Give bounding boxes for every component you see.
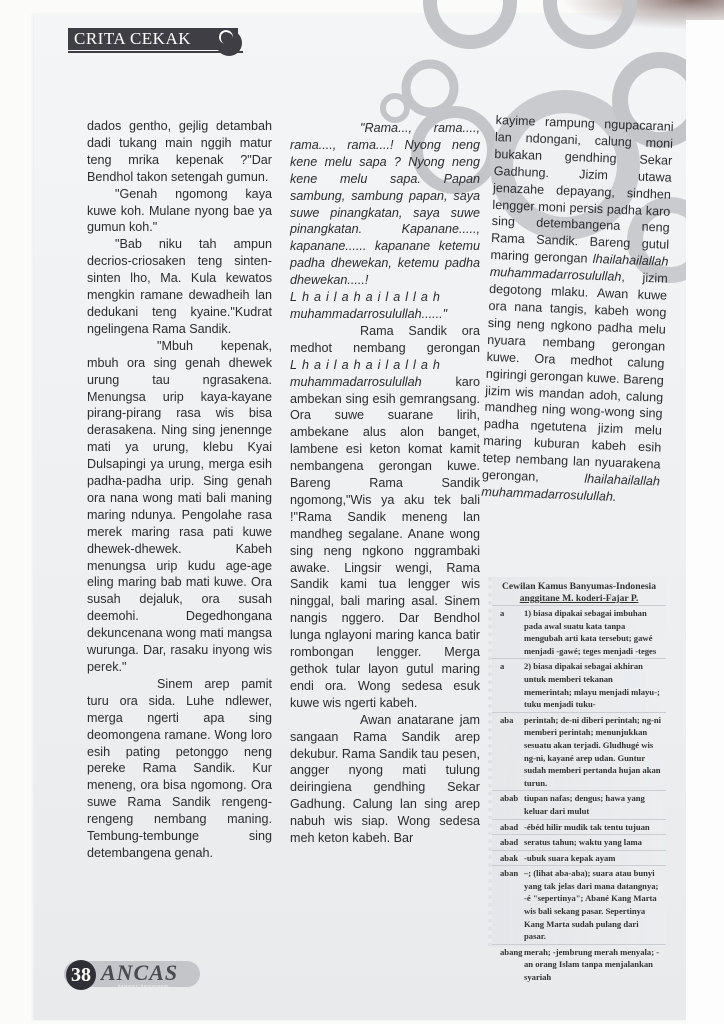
glossary-definition: 2) biasa dipakai sebagai akhiran untuk m… xyxy=(524,660,662,710)
paragraph: Sinem arep pamit turu ora sida. Luhe ndl… xyxy=(87,676,272,862)
glossary-definition: merah; -jembrung merah menyala; -an oran… xyxy=(524,946,662,984)
glossary-entry: abadseratus tahun; waktu yang lama xyxy=(492,834,666,850)
song-lyrics: "Rama..., rama...., rama...., rama....! … xyxy=(290,120,480,323)
paragraph: Rama Sandik ora medhot nembang gerongan … xyxy=(290,323,480,712)
paragraph: "Bab niku tah ampun decrios-criosaken te… xyxy=(87,236,272,337)
glossary-term: abad xyxy=(496,836,524,849)
glossary-definition: -ubuk suara kepak ayam xyxy=(524,852,662,865)
glossary-definition: 1) biasa dipakai sebagai imbuhan pada aw… xyxy=(524,607,662,657)
section-title: CRITA CEKAK xyxy=(74,29,191,48)
glossary-term: aba xyxy=(496,714,524,790)
glossary-definition: perintah; de-ni diberi perintah; ng-ni m… xyxy=(524,714,662,790)
glossary-term: a xyxy=(496,660,524,710)
page-number: 38 xyxy=(66,960,96,990)
story-column-2: "Rama..., rama...., rama...., rama....! … xyxy=(290,120,480,847)
glossary-box: Cewilan Kamus Banyumas-Indonesia anggita… xyxy=(488,577,666,947)
glossary-term: abak xyxy=(496,852,524,865)
glossary-entry: aban–; (lihat aba-aba); suara atau bunyi… xyxy=(492,865,666,944)
section-title-banner: CRITA CEKAK xyxy=(68,28,238,50)
story-column-3: kayime rampung ngupacarani lan ndongani,… xyxy=(481,112,674,507)
glossary-subtitle: anggitane M. koderi-Fajar P. xyxy=(492,593,666,605)
glossary-entry: a1) biasa dipakai sebagai imbuhan pada a… xyxy=(492,605,666,658)
glossary-term: abab xyxy=(496,792,524,817)
paragraph: dados gentho, gejlig detambah dadi tukan… xyxy=(87,118,272,186)
paragraph: kayime rampung ngupacarani lan ndongani,… xyxy=(481,112,674,507)
glossary-definition: tiupan nafas; dengus; hawa yang keluar d… xyxy=(524,792,662,817)
glossary-entry: ababtiupan nafas; dengus; hawa yang kelu… xyxy=(492,790,666,818)
glossary-definition: -ébéd hilir mudik tak tentu tujuan xyxy=(524,821,662,834)
glossary-term: a xyxy=(496,607,524,657)
paragraph: "Genah ngomong kaya kuwe koh. Mulane nyo… xyxy=(87,186,272,237)
glossary-definition: –; (lihat aba-aba); suara atau bunyi yan… xyxy=(524,867,662,943)
glossary-term: aban xyxy=(496,867,524,943)
glossary-title: Cewilan Kamus Banyumas-Indonesia xyxy=(492,577,666,593)
glossary-entry: abaperintah; de-ni diberi perintah; ng-n… xyxy=(492,712,666,791)
glossary-entry: a2) biasa dipakai sebagai akhiran untuk … xyxy=(492,658,666,711)
paragraph: Awan anatarane jam sangaan Rama Sandik a… xyxy=(290,712,480,847)
glossary-term: abang xyxy=(496,946,524,984)
story-column-1: dados gentho, gejlig detambah dadi tukan… xyxy=(87,118,272,862)
glossary-definition: seratus tahun; waktu yang lama xyxy=(524,836,662,849)
page-edge xyxy=(686,20,724,1024)
magazine-tagline: Kalawarti Banyumasan xyxy=(118,983,169,988)
paragraph: "Mbuh kepenak, mbuh ora sing genah dhewe… xyxy=(87,338,272,676)
glossary-entry: abangmerah; -jembrung merah menyala; -an… xyxy=(492,944,666,985)
glossary-term: abad xyxy=(496,821,524,834)
section-title-underline xyxy=(68,51,243,53)
glossary-entry: abad-ébéd hilir mudik tak tentu tujuan xyxy=(492,819,666,835)
glossary-entry: abak-ubuk suara kepak ayam xyxy=(492,850,666,866)
